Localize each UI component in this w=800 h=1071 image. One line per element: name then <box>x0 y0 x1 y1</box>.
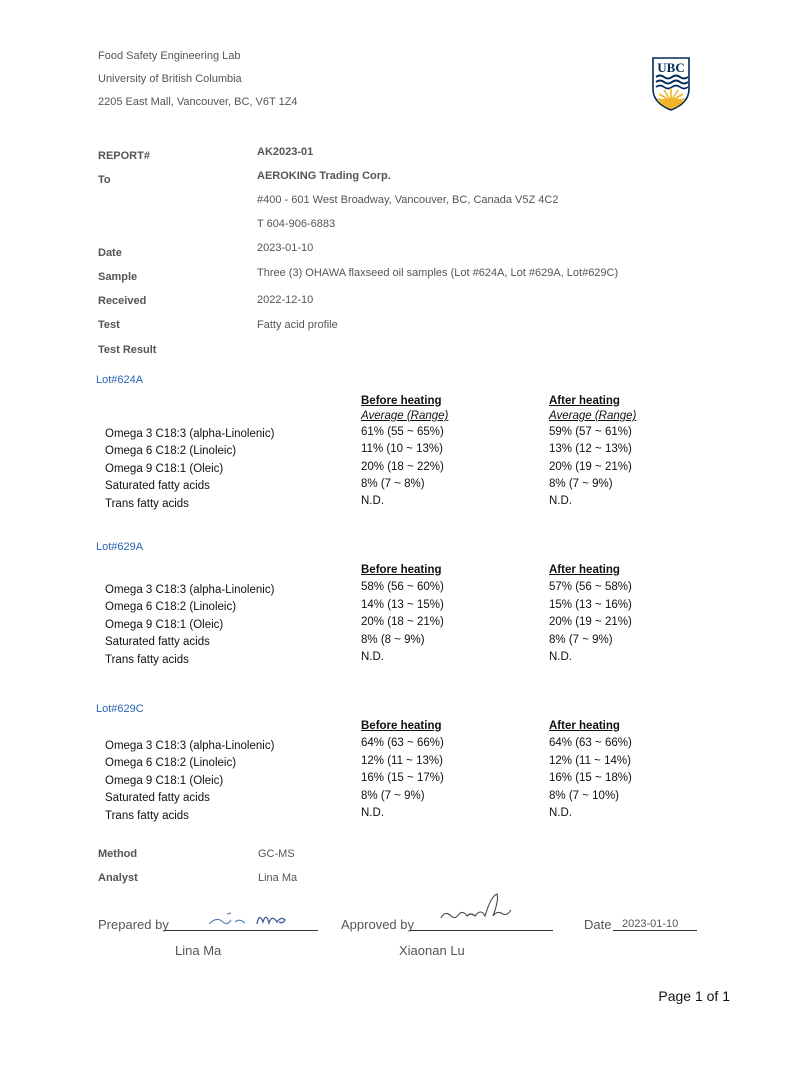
table-cell-before: 8% (7 ~ 9%) <box>361 790 425 802</box>
recipient-company: AEROKING Trading Corp. <box>257 170 391 182</box>
ubc-crest-logo-icon: UBC <box>652 57 690 111</box>
analyst-value: Lina Ma <box>258 872 297 884</box>
signature-date-label: Date <box>584 917 611 932</box>
table-row-name: Omega 9 C18:1 (Oleic) <box>105 775 223 787</box>
method-value: GC-MS <box>258 848 295 860</box>
page-number: Page 1 of 1 <box>658 988 730 1004</box>
report-number: AK2023-01 <box>257 146 313 158</box>
sample-description: Three (3) OHAWA flaxseed oil samples (Lo… <box>257 267 618 279</box>
table-cell-after: 20% (19 ~ 21%) <box>549 616 632 628</box>
date-label: Date <box>98 247 122 259</box>
university-name: University of British Columbia <box>98 73 242 85</box>
table-cell-after: 59% (57 ~ 61%) <box>549 426 632 438</box>
table-row-name: Trans fatty acids <box>105 498 189 510</box>
test-result-label: Test Result <box>98 344 156 356</box>
table-cell-before: 11% (10 ~ 13%) <box>361 443 443 455</box>
lab-address: 2205 East Mall, Vancouver, BC, V6T 1Z4 <box>98 96 298 108</box>
table-cell-before: 20% (18 ~ 21%) <box>361 616 444 628</box>
table-cell-before: N.D. <box>361 495 384 507</box>
table-cell-before: 8% (7 ~ 8%) <box>361 478 425 490</box>
analyst-label: Analyst <box>98 872 138 884</box>
table-row-name: Omega 9 C18:1 (Oleic) <box>105 463 223 475</box>
method-label: Method <box>98 848 137 860</box>
table-row-name: Omega 3 C18:3 (alpha-Linolenic) <box>105 740 274 752</box>
table-cell-before: 20% (18 ~ 22%) <box>361 461 444 473</box>
approved-by-label: Approved by <box>341 917 414 932</box>
lab-name: Food Safety Engineering Lab <box>98 50 241 62</box>
table-row-name: Omega 9 C18:1 (Oleic) <box>105 619 223 631</box>
after-heating-header: After heating <box>549 720 620 732</box>
table-cell-after: 8% (7 ~ 9%) <box>549 478 613 490</box>
table-cell-before: 8% (8 ~ 9%) <box>361 634 425 646</box>
before-heating-header: Before heating <box>361 720 442 732</box>
sample-label: Sample <box>98 271 137 283</box>
table-cell-after: 16% (15 ~ 18%) <box>549 772 632 784</box>
table-row-name: Saturated fatty acids <box>105 792 210 804</box>
table-cell-before: N.D. <box>361 807 384 819</box>
before-heating-header: Before heating <box>361 564 442 576</box>
approved-signature-icon <box>435 892 525 933</box>
table-cell-after: 20% (19 ~ 21%) <box>549 461 632 473</box>
after-heating-header: After heating <box>549 395 620 407</box>
prepared-by-label: Prepared by <box>98 917 169 932</box>
received-date: 2022-12-10 <box>257 294 313 306</box>
lot-title: Lot#629A <box>96 541 143 553</box>
table-row-name: Saturated fatty acids <box>105 480 210 492</box>
table-cell-before: 58% (56 ~ 60%) <box>361 581 444 593</box>
table-row-name: Omega 6 C18:2 (Linoleic) <box>105 757 236 769</box>
table-cell-after: 8% (7 ~ 9%) <box>549 634 613 646</box>
table-cell-before: 64% (63 ~ 66%) <box>361 737 444 749</box>
table-cell-before: 14% (13 ~ 15%) <box>361 599 444 611</box>
before-subheader: Average (Range) <box>361 410 448 422</box>
table-row-name: Trans fatty acids <box>105 810 189 822</box>
signature-date-line <box>613 930 697 931</box>
to-label: To <box>98 174 111 186</box>
table-cell-after: N.D. <box>549 807 572 819</box>
svg-text:UBC: UBC <box>657 60 684 75</box>
received-label: Received <box>98 295 146 307</box>
approved-by-name: Xiaonan Lu <box>399 943 465 958</box>
table-cell-after: N.D. <box>549 651 572 663</box>
table-cell-after: 57% (56 ~ 58%) <box>549 581 632 593</box>
table-cell-before: 61% (55 ~ 65%) <box>361 426 444 438</box>
table-row-name: Saturated fatty acids <box>105 636 210 648</box>
table-cell-before: 12% (11 ~ 13%) <box>361 755 443 767</box>
table-row-name: Omega 3 C18:3 (alpha-Linolenic) <box>105 584 274 596</box>
table-row-name: Omega 3 C18:3 (alpha-Linolenic) <box>105 428 274 440</box>
recipient-phone: T 604-906-6883 <box>257 218 335 230</box>
lot-title: Lot#624A <box>96 374 143 386</box>
table-cell-after: 64% (63 ~ 66%) <box>549 737 632 749</box>
table-cell-before: N.D. <box>361 651 384 663</box>
lot-title: Lot#629C <box>96 703 144 715</box>
test-name: Fatty acid profile <box>257 319 338 331</box>
test-label: Test <box>98 319 120 331</box>
signature-date: 2023-01-10 <box>622 918 678 930</box>
after-subheader: Average (Range) <box>549 410 636 422</box>
table-cell-after: 12% (11 ~ 14%) <box>549 755 631 767</box>
report-number-label: REPORT# <box>98 150 150 162</box>
prepared-by-name: Lina Ma <box>175 943 221 958</box>
table-cell-before: 16% (15 ~ 17%) <box>361 772 444 784</box>
table-row-name: Trans fatty acids <box>105 654 189 666</box>
before-heating-header: Before heating <box>361 395 442 407</box>
table-row-name: Omega 6 C18:2 (Linoleic) <box>105 601 236 613</box>
recipient-address: #400 - 601 West Broadway, Vancouver, BC,… <box>257 194 558 206</box>
table-cell-after: 13% (12 ~ 13%) <box>549 443 632 455</box>
table-cell-after: 15% (13 ~ 16%) <box>549 599 632 611</box>
table-row-name: Omega 6 C18:2 (Linoleic) <box>105 445 236 457</box>
report-date: 2023-01-10 <box>257 242 313 254</box>
prepared-signature-icon <box>205 902 295 935</box>
after-heating-header: After heating <box>549 564 620 576</box>
table-cell-after: N.D. <box>549 495 572 507</box>
table-cell-after: 8% (7 ~ 10%) <box>549 790 619 802</box>
